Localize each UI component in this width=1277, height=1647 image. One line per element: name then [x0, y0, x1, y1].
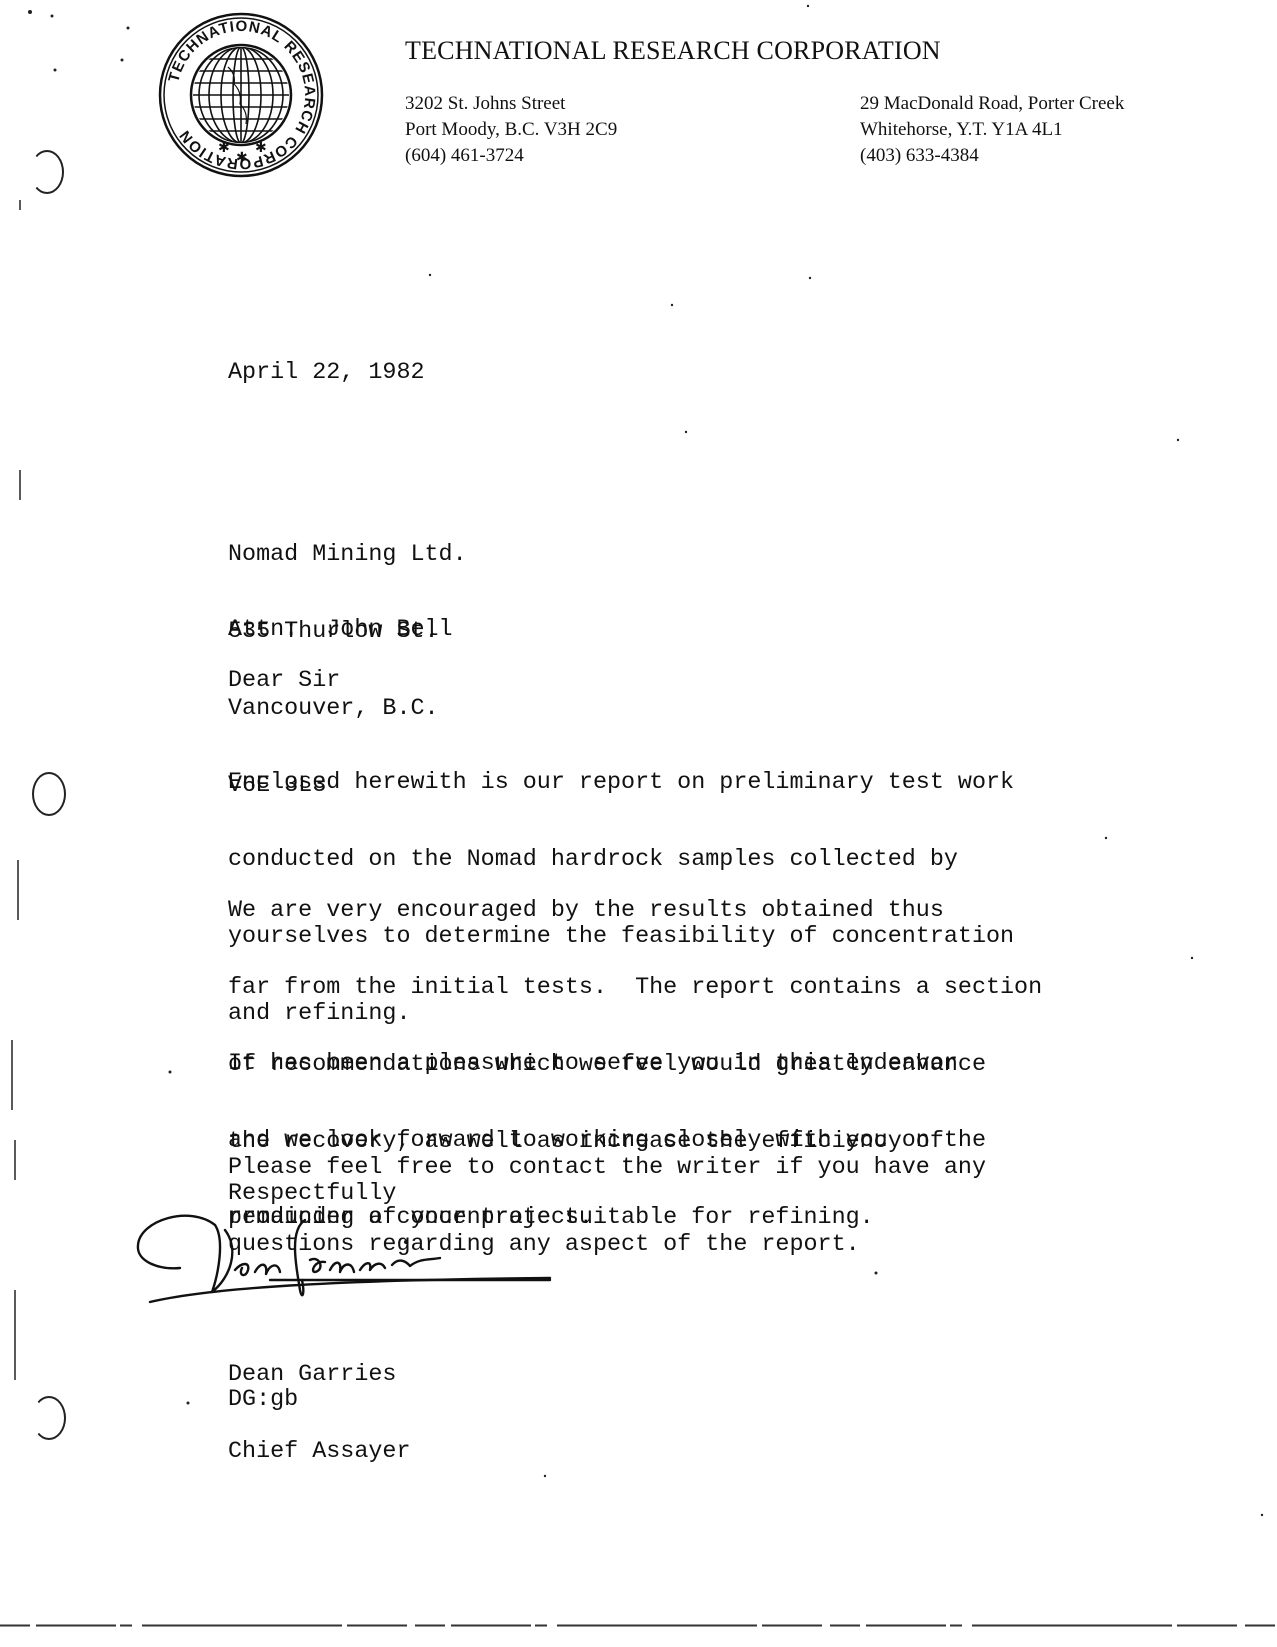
signer-name: Dean Garries — [228, 1363, 410, 1389]
office-city: Port Moody, B.C. V3H 2C9 — [405, 117, 617, 143]
svg-text:✱: ✱ — [255, 140, 267, 156]
recipient-line: Nomad Mining Ltd. — [228, 543, 467, 569]
office-street: 3202 St. Johns Street — [405, 91, 617, 117]
paragraph-line: Enclosed herewith is our report on preli… — [228, 771, 1014, 797]
punch-hole — [30, 150, 64, 194]
paragraph-line: far from the initial tests. The report c… — [228, 976, 1042, 1002]
office-street: 29 MacDonald Road, Porter Creek — [860, 91, 1124, 117]
recipient-line: Vancouver, B.C. — [228, 697, 467, 723]
office-city: Whitehorse, Y.T. Y1A 4L1 — [860, 117, 1124, 143]
paragraph-line: Please feel free to contact the writer i… — [228, 1156, 986, 1182]
paragraph-line: It has been a pleasure to serve you in t… — [228, 1052, 986, 1078]
company-name: TECHNATIONAL RESEARCH CORPORATION — [405, 36, 941, 66]
office-address-port-moody: 3202 St. Johns Street Port Moody, B.C. V… — [405, 91, 617, 169]
typist-initials: DG:gb — [228, 1388, 298, 1414]
scan-edge-line — [0, 1624, 1277, 1627]
office-phone: (604) 461-3724 — [405, 143, 617, 169]
punch-hole — [32, 1396, 66, 1440]
signer-title: Chief Assayer — [228, 1440, 410, 1466]
letter-date: April 22, 1982 — [228, 361, 425, 387]
attention-line: Attn: John Bell — [228, 618, 453, 644]
svg-text:✱: ✱ — [236, 150, 248, 166]
handwritten-signature — [130, 1200, 600, 1310]
svg-text:✱: ✱ — [218, 140, 230, 156]
office-phone: (403) 633-4384 — [860, 143, 1124, 169]
salutation: Dear Sir — [228, 669, 340, 695]
company-logo-seal: TECHNATIONAL RESEARCH CORPORATION ✱ ✱ ✱ — [158, 12, 324, 178]
paragraph-line: We are very encouraged by the results ob… — [228, 899, 1042, 925]
punch-hole — [32, 772, 66, 816]
office-address-whitehorse: 29 MacDonald Road, Porter Creek Whitehor… — [860, 91, 1124, 169]
